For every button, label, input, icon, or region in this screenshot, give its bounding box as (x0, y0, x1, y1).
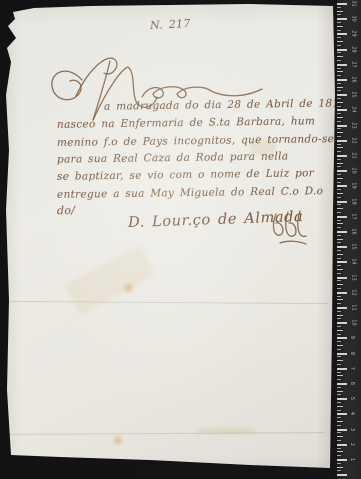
stamp-impression (65, 246, 154, 314)
ruler-tick (337, 402, 341, 403)
ruler-number: 18 (351, 198, 356, 204)
manuscript-line: para sua Real Caza da Roda para nella (57, 150, 289, 165)
ruler-tick (337, 280, 341, 281)
ruler-tick (337, 307, 347, 309)
ruler-tick (337, 261, 347, 263)
ruler-tick (337, 364, 341, 365)
ruler-tick (337, 375, 343, 376)
ruler-tick (337, 444, 347, 446)
ruler-tick (337, 440, 341, 441)
ruler-tick (337, 421, 343, 422)
ruler-tick (337, 197, 341, 198)
ruler-tick (337, 178, 343, 179)
ruler-tick (337, 117, 343, 118)
ruler-tick (337, 345, 343, 346)
ruler-number: 28 (351, 46, 356, 52)
ruler-tick (337, 349, 341, 350)
ruler-tick (337, 387, 341, 388)
ruler-tick (337, 315, 343, 316)
ruler-tick (337, 372, 341, 373)
ruler-tick (337, 254, 343, 255)
ruler-tick (337, 56, 343, 57)
ruler-tick (337, 292, 347, 294)
ruler-tick (337, 398, 347, 400)
ruler-tick (337, 216, 347, 218)
ruler-tick (337, 227, 341, 228)
ruler-tick (337, 26, 343, 27)
ruler-tick (337, 341, 341, 342)
ruler-tick (337, 273, 341, 274)
ruler-number: 19 (351, 183, 356, 189)
ruler-tick (337, 166, 341, 167)
ruler-tick (337, 204, 341, 205)
ruler-tick (337, 22, 341, 23)
ruler-number: 9 (349, 336, 354, 339)
ruler-tick (337, 425, 341, 426)
ruler-tick (337, 451, 343, 452)
ruler-tick (337, 368, 347, 370)
manuscript-line: nasceo na Enfermaria de S.ta Barbara, hu… (57, 115, 315, 131)
ruler-tick (337, 231, 347, 233)
ruler-tick (337, 155, 347, 157)
ruler-tick (337, 60, 341, 61)
stain (196, 428, 256, 434)
manuscript-line: menino f.o de Pays incognitos, que torna… (57, 133, 334, 149)
ruler-tick (337, 296, 341, 297)
ruler-tick (337, 239, 343, 240)
ruler-number: 1 (349, 458, 354, 461)
ruler-tick (337, 193, 343, 194)
ruler-tick (337, 75, 341, 76)
ruler-tick (337, 170, 347, 172)
ruler-tick (337, 94, 347, 96)
ruler-tick (337, 318, 341, 319)
ruler-number: 27 (351, 61, 356, 67)
ruler-tick (337, 356, 341, 357)
ruler-tick (337, 33, 347, 35)
ruler-number: 24 (351, 107, 356, 113)
ruler-tick (337, 432, 341, 433)
ruler-tick (337, 448, 341, 449)
ruler-tick (337, 37, 341, 38)
ruler-tick (337, 391, 343, 392)
ruler-number: 11 (351, 304, 356, 310)
ruler-tick (337, 299, 343, 300)
ruler-number: 5 (349, 397, 354, 400)
ruler-tick (337, 79, 347, 81)
ruler-tick (337, 474, 347, 476)
ruler-tick (337, 220, 341, 221)
ruler-tick (337, 242, 341, 243)
ruler-tick (337, 330, 343, 331)
ruler-tick (337, 379, 341, 380)
ruler-tick (337, 45, 341, 46)
ruler-number: 23 (351, 122, 356, 128)
ruler: 3130292827262524232221201918171615141312… (337, 0, 361, 479)
manuscript-line: a madrugada do dia 28 de Abril de 1813 (104, 97, 347, 112)
ruler-tick (337, 303, 341, 304)
ruler-tick (337, 429, 347, 431)
ruler-number: 29 (351, 31, 356, 37)
ruler-tick (337, 98, 341, 99)
ruler-number: 14 (351, 259, 356, 265)
ruler-tick (337, 7, 341, 8)
ruler-tick (337, 68, 341, 69)
ruler-tick (337, 30, 341, 31)
ruler-tick (337, 102, 343, 103)
ruler-tick (337, 18, 347, 20)
document-number: N. 217 (150, 17, 191, 32)
ruler-tick (337, 436, 343, 437)
ruler-tick (337, 121, 341, 122)
ruler-tick (337, 322, 347, 324)
ruler-tick (337, 144, 341, 145)
ruler-tick (337, 383, 347, 385)
ruler-tick (337, 417, 341, 418)
ruler-tick (337, 394, 341, 395)
ruler-number: 30 (351, 16, 356, 22)
ruler-tick (337, 64, 347, 66)
ruler-tick (337, 459, 347, 461)
ruler-tick (337, 140, 347, 142)
ruler-tick (337, 463, 341, 464)
document-paper: N. 217 a madrugada do dia 28 de Abril de… (0, 0, 340, 479)
ruler-number: 20 (351, 168, 356, 174)
ruler-number: 2 (349, 443, 354, 446)
ruler-tick (337, 109, 347, 111)
paper-shading (0, 0, 340, 479)
ruler-tick (337, 163, 343, 164)
ruler-tick (337, 83, 341, 84)
ruler-tick (337, 311, 341, 312)
signature: D. Lour.ço de Almada (128, 209, 304, 231)
ruler-tick (337, 258, 341, 259)
ruler-tick (337, 246, 347, 248)
crease-line (10, 432, 325, 435)
ruler-tick (337, 189, 341, 190)
manuscript-line: se baptizar, se vio com o nome de Luiz p… (57, 167, 314, 183)
ruler-tick (337, 136, 341, 137)
ruler-tick (337, 223, 343, 224)
ruler-tick (337, 208, 343, 209)
ruler-tick (337, 284, 343, 285)
ruler-tick (337, 250, 341, 251)
stain (124, 284, 133, 292)
ruler-tick (337, 277, 347, 279)
ruler-tick (337, 174, 341, 175)
manuscript-line: entregue a sua May Miguela do Real C.o D… (57, 185, 323, 201)
ruler-tick (337, 182, 341, 183)
ruler-tick (337, 470, 341, 471)
ruler-tick (337, 52, 341, 53)
ruler-number: 16 (351, 228, 356, 234)
ruler-tick (337, 413, 347, 415)
ruler-tick (337, 185, 347, 187)
ruler-tick (337, 125, 347, 127)
ruler-tick (337, 41, 343, 42)
ruler-tick (337, 212, 341, 213)
ruler-number: 12 (351, 289, 356, 295)
ruler-tick (337, 147, 343, 148)
ruler-number: 15 (351, 244, 356, 250)
ruler-tick (337, 406, 343, 407)
ruler-tick (337, 128, 341, 129)
ruler-tick (337, 14, 341, 15)
ruler-tick (337, 151, 341, 152)
ruler-tick (337, 265, 341, 266)
ruler-tick (337, 90, 341, 91)
ruler-tick (337, 360, 343, 361)
ruler-tick (337, 11, 343, 12)
ruler-tick (337, 201, 347, 203)
photo-frame: N. 217 a madrugada do dia 28 de Abril de… (0, 0, 361, 479)
ruler-tick (337, 106, 341, 107)
ruler-number: 4 (349, 412, 354, 415)
ruler-tick (337, 467, 343, 468)
ruler-tick (337, 334, 341, 335)
ruler-number: 17 (351, 213, 356, 219)
ruler-tick (337, 159, 341, 160)
ruler-tick (337, 337, 347, 339)
ruler-tick (337, 71, 343, 72)
ruler-number: 25 (351, 92, 356, 98)
ruler-tick (337, 49, 347, 51)
ruler-number: 6 (349, 382, 354, 385)
ruler-number: 21 (351, 152, 356, 158)
ruler-tick (337, 235, 341, 236)
ruler-tick (337, 113, 341, 114)
ruler-number: 10 (351, 320, 356, 326)
manuscript-line: do/ (57, 204, 75, 217)
ruler-tick (337, 288, 341, 289)
ruler-number: 31 (351, 0, 356, 6)
stain (114, 437, 122, 444)
ruler-tick (337, 87, 343, 88)
crease-line (10, 301, 328, 304)
ruler-number: 3 (349, 428, 354, 431)
ruler-tick (337, 410, 341, 411)
ruler-tick (337, 353, 347, 355)
ruler-tick (337, 455, 341, 456)
ruler-tick (337, 3, 347, 5)
ruler-number: 22 (351, 137, 356, 143)
ruler-tick (337, 132, 343, 133)
ruler-tick (337, 326, 341, 327)
ruler-number: 26 (351, 76, 356, 82)
ruler-number: 8 (349, 352, 354, 355)
ruler-number: 13 (351, 274, 356, 280)
ruler-number: 7 (349, 367, 354, 370)
ruler-tick (337, 269, 343, 270)
